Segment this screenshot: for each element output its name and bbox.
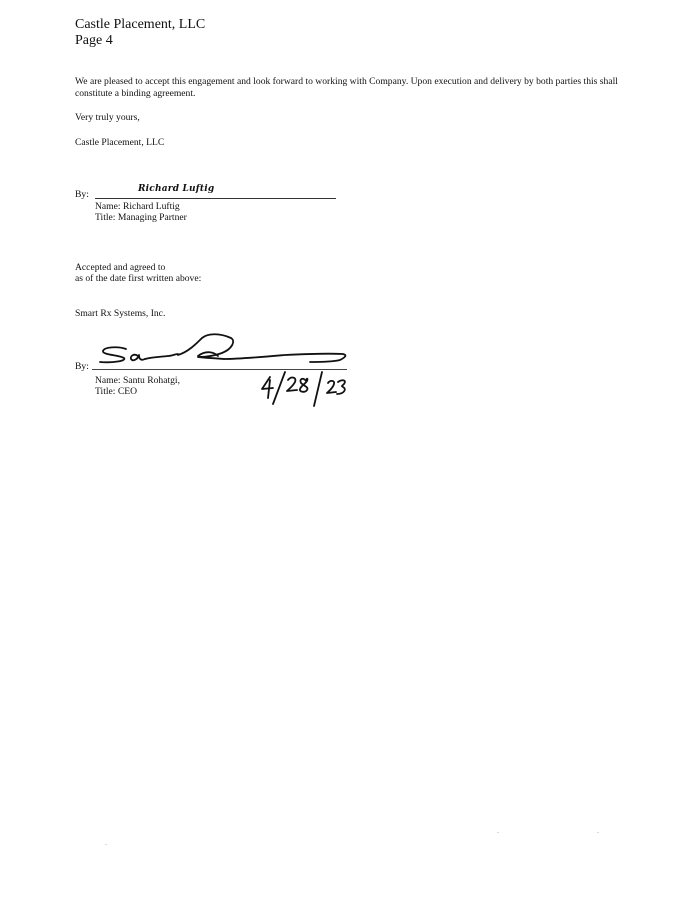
document-page: Castle Placement, LLC Page 4 We are plea… (0, 0, 700, 906)
scan-speck (105, 844, 107, 845)
handwritten-signature-santu-rohatgi (0, 0, 700, 906)
signer-title-2: Title: CEO (95, 386, 137, 398)
scan-speck (497, 832, 499, 833)
scan-speck (597, 832, 599, 833)
